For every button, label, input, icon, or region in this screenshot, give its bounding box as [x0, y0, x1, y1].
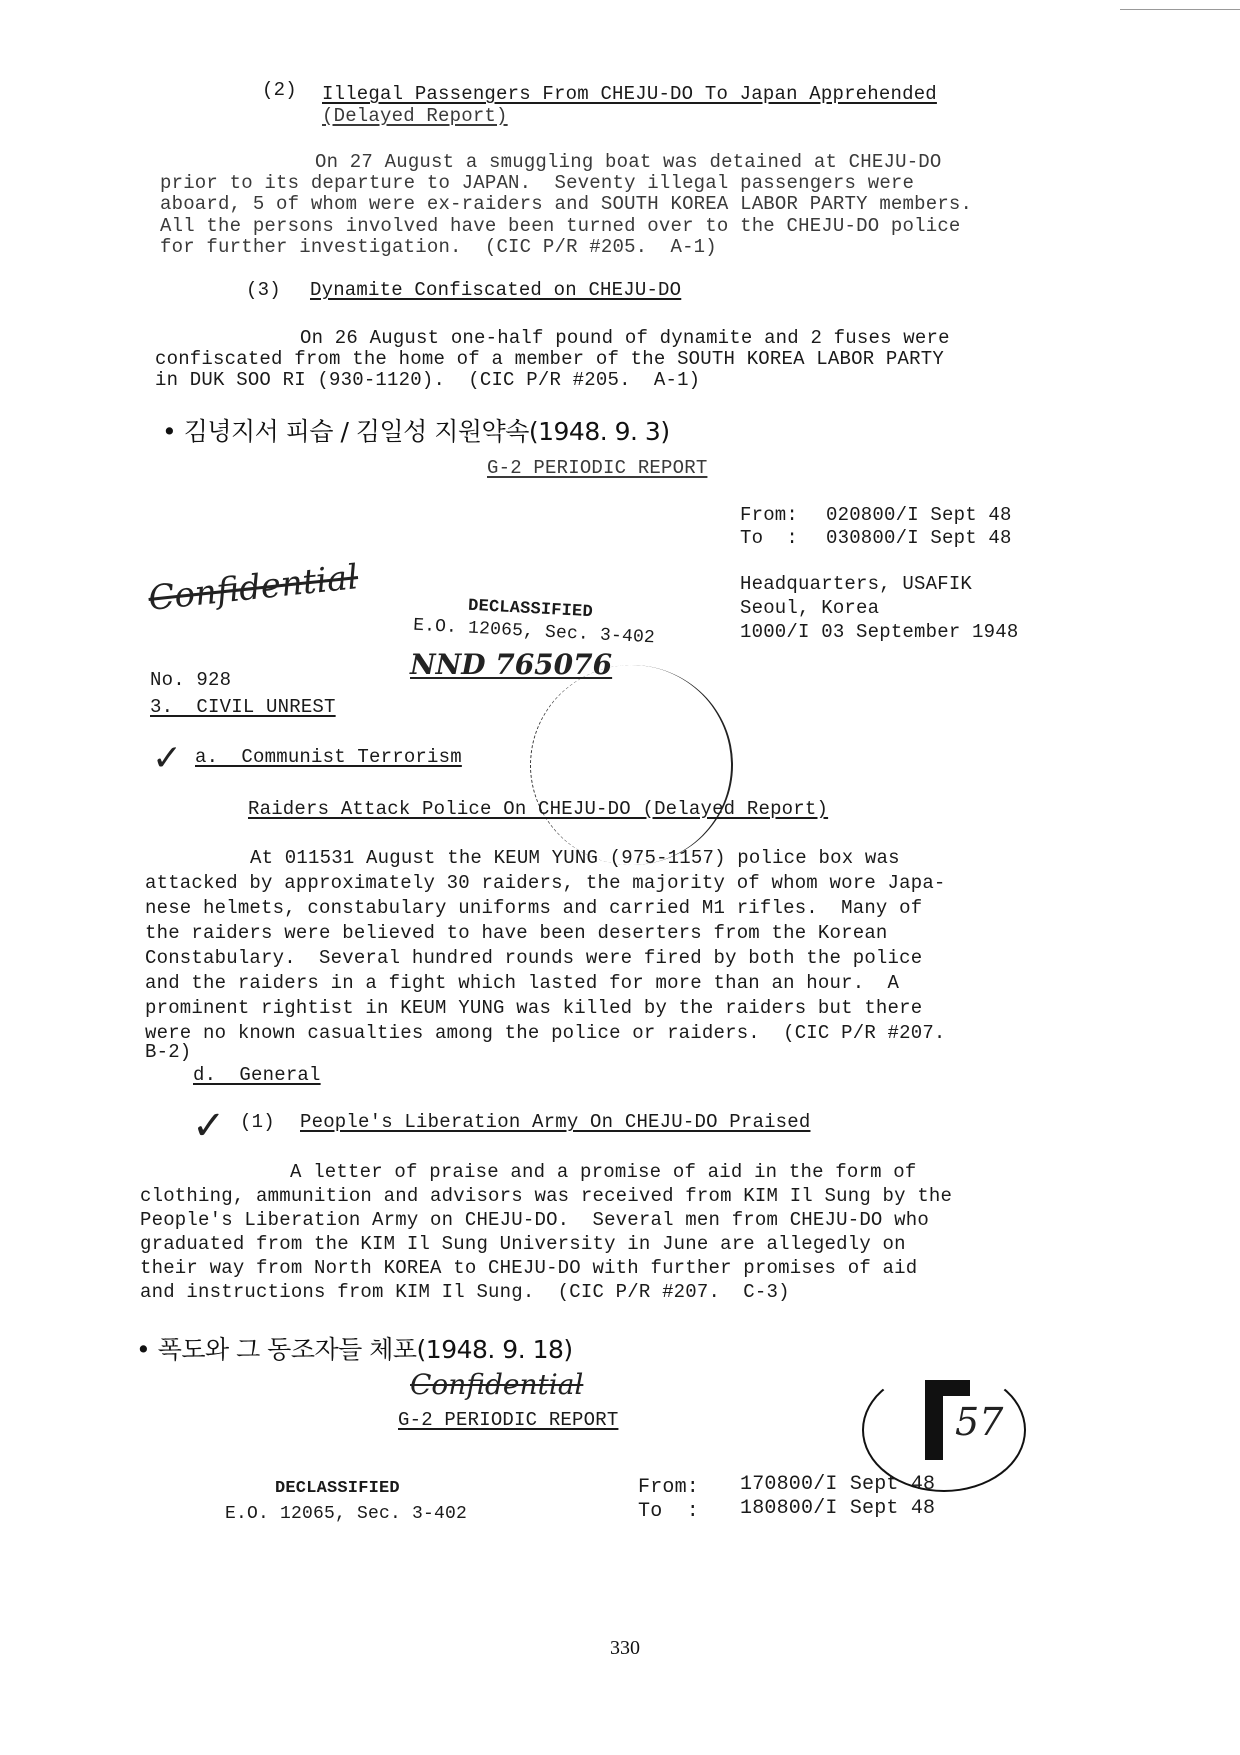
body-line: prominent rightist in KEUM YUNG was kill… — [145, 996, 922, 1020]
stamp-circle — [530, 665, 733, 865]
body-line: and instructions from KIM Il Sung. (CIC … — [140, 1280, 790, 1304]
checkmark-icon: ✓ — [192, 1103, 226, 1149]
body-line: nese helmets, constabulary uniforms and … — [145, 896, 922, 920]
handwritten-confidential: Confidential — [410, 1368, 583, 1401]
body-line: for further investigation. (CIC P/R #205… — [160, 235, 717, 259]
from-value: 020800/I Sept 48 — [826, 503, 1012, 527]
handwritten-confidential: Confidential — [146, 557, 360, 619]
body-line: the raiders were believed to have been d… — [145, 921, 888, 945]
stamp-number: 57 — [955, 1400, 1003, 1444]
eo-stamp: E.O. 12065, Sec. 3-402 — [413, 614, 656, 651]
body-line: graduated from the KIM Il Sung Universit… — [140, 1232, 906, 1256]
eo-stamp: E.O. 12065, Sec. 3-402 — [225, 1502, 467, 1526]
checkmark-icon: ✓ — [152, 738, 182, 779]
from-value: 170800/I Sept 48 — [740, 1473, 935, 1497]
declassified-stamp: DECLASSIFIED — [275, 1477, 400, 1501]
body-line: People's Liberation Army on CHEJU-DO. Se… — [140, 1208, 929, 1232]
body-line: A letter of praise and a promise of aid … — [290, 1160, 917, 1184]
korean-caption: • 폭도와 그 동조자들 체포(1948. 9. 18) — [136, 1330, 573, 1366]
subsection-heading: d. General — [193, 1063, 321, 1087]
body-line: attacked by approximately 30 raiders, th… — [145, 871, 946, 895]
scan-artifact-line — [1120, 9, 1240, 10]
nnd-number: NND 765076 — [410, 648, 612, 681]
to-value: 180800/I Sept 48 — [740, 1497, 935, 1521]
body-line: At 011531 August the KEUM YUNG (975-1157… — [250, 846, 900, 870]
report-title: G-2 PERIODIC REPORT — [398, 1408, 618, 1432]
to-value: 030800/I Sept 48 — [826, 526, 1012, 550]
city: Seoul, Korea — [740, 596, 879, 620]
body-line: B-2) — [145, 1040, 191, 1064]
body-line: were no known casualties among the polic… — [145, 1021, 946, 1045]
body-line: in DUK SOO RI (930-1120). (CIC P/R #205.… — [155, 368, 700, 392]
korean-caption: • 김녕지서 피습 / 김일성 지원약속(1948. 9. 3) — [162, 412, 670, 448]
stamp-mark — [925, 1380, 970, 1396]
article-title: Raiders Attack Police On CHEJU-DO (Delay… — [248, 797, 828, 821]
report-datetime: 1000/I 03 September 1948 — [740, 620, 1018, 644]
body-line: and the raiders in a fight which lasted … — [145, 971, 899, 995]
page-number: 330 — [610, 1637, 640, 1660]
headquarters: Headquarters, USAFIK — [740, 572, 972, 596]
from-label: From: — [638, 1476, 699, 1500]
item-number: (1) — [240, 1110, 275, 1134]
report-number: No. 928 — [150, 668, 231, 692]
body-line: Constabulary. Several hundred rounds wer… — [145, 946, 922, 970]
item-title: Illegal Passengers From CHEJU-DO To Japa… — [322, 82, 937, 106]
body-line: aboard, 5 of whom were ex-raiders and SO… — [160, 192, 972, 216]
item-number: (3) — [246, 278, 281, 302]
body-line: clothing, ammunition and advisors was re… — [140, 1184, 952, 1208]
item-title: People's Liberation Army On CHEJU-DO Pra… — [300, 1110, 810, 1134]
item-title-sub: (Delayed Report) — [322, 104, 508, 128]
subsection-heading: a. Communist Terrorism — [195, 745, 462, 769]
to-label: To : — [638, 1500, 699, 1524]
item-title: Dynamite Confiscated on CHEJU-DO — [310, 278, 681, 302]
from-label: From: — [740, 503, 798, 527]
item-number: (2) — [262, 78, 297, 102]
section-heading: 3. CIVIL UNREST — [150, 695, 336, 719]
to-label: To : — [740, 526, 798, 550]
body-line: their way from North KOREA to CHEJU-DO w… — [140, 1256, 917, 1280]
report-title: G-2 PERIODIC REPORT — [487, 456, 707, 480]
